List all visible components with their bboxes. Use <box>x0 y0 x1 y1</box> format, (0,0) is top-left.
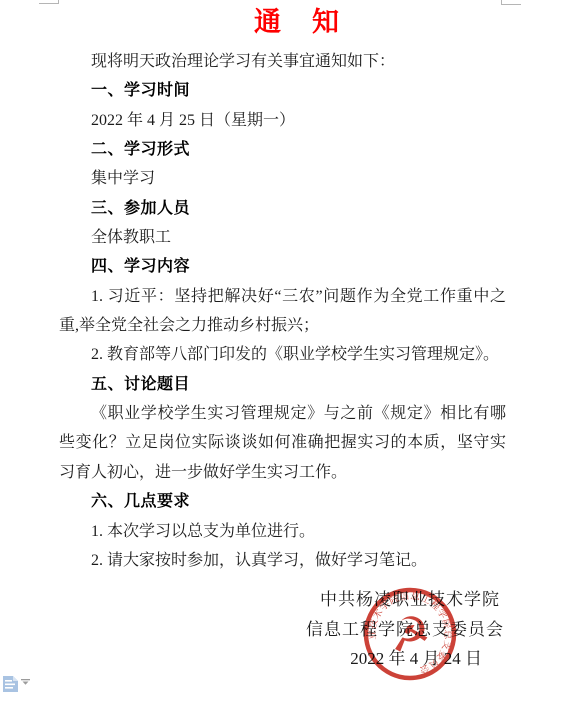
intro-paragraph: 现将明天政治理论学习有关事宜通知如下： <box>59 47 506 76</box>
section-6-paragraph-1: 1. 本次学习以总支为单位进行。 <box>59 517 506 546</box>
section-4-paragraph-1: 1. 习近平：坚持把解决好“三农”问题作为全党工作重中之重,举全党全社会之力推动… <box>59 282 506 341</box>
notice-title: 通 知 <box>59 1 506 43</box>
section-3-paragraph-1: 全体教职工 <box>59 223 506 252</box>
signature-block: 中共杨凌职业技术学院 信息工程学院总支委员会 2022 年 4 月 24 日 <box>59 585 506 674</box>
section-heading-6: 六、几点要求 <box>59 487 506 516</box>
crop-mark-top-left <box>39 3 59 4</box>
section-heading-3: 三、参加人员 <box>59 194 506 223</box>
section-heading-1: 一、学习时间 <box>59 76 506 105</box>
signature-org-line2: 信息工程学院总支委员会 <box>59 615 506 645</box>
notice-body: 现将明天政治理论学习有关事宜通知如下： 一、学习时间2022 年 4 月 25 … <box>59 47 506 575</box>
sections: 一、学习时间2022 年 4 月 25 日（星期一）二、学习形式集中学习三、参加… <box>59 76 506 575</box>
anchor-marker-icon <box>21 679 30 685</box>
section-4-paragraph-2: 2. 教育部等八部门印发的《职业学校学生实习管理规定》。 <box>59 340 506 369</box>
section-heading-4: 四、学习内容 <box>59 252 506 281</box>
page-thumbnail-icon <box>3 676 18 692</box>
section-heading-5: 五、讨论题目 <box>59 370 506 399</box>
section-1-paragraph-1: 2022 年 4 月 25 日（星期一） <box>59 106 506 135</box>
section-heading-2: 二、学习形式 <box>59 135 506 164</box>
signature-date: 2022 年 4 月 24 日 <box>59 644 506 674</box>
section-6-paragraph-2: 2. 请大家按时参加，认真学习，做好学习笔记。 <box>59 546 506 575</box>
signature-org-line1: 中共杨凌职业技术学院 <box>59 585 506 615</box>
word-document-page: 通 知 现将明天政治理论学习有关事宜通知如下： 一、学习时间2022 年 4 月… <box>0 0 588 713</box>
section-2-paragraph-1: 集中学习 <box>59 164 506 193</box>
section-5-paragraph-1: 《职业学校学生实习管理规定》与之前《规定》相比有哪些变化？立足岗位实际谈谈如何准… <box>59 399 506 487</box>
